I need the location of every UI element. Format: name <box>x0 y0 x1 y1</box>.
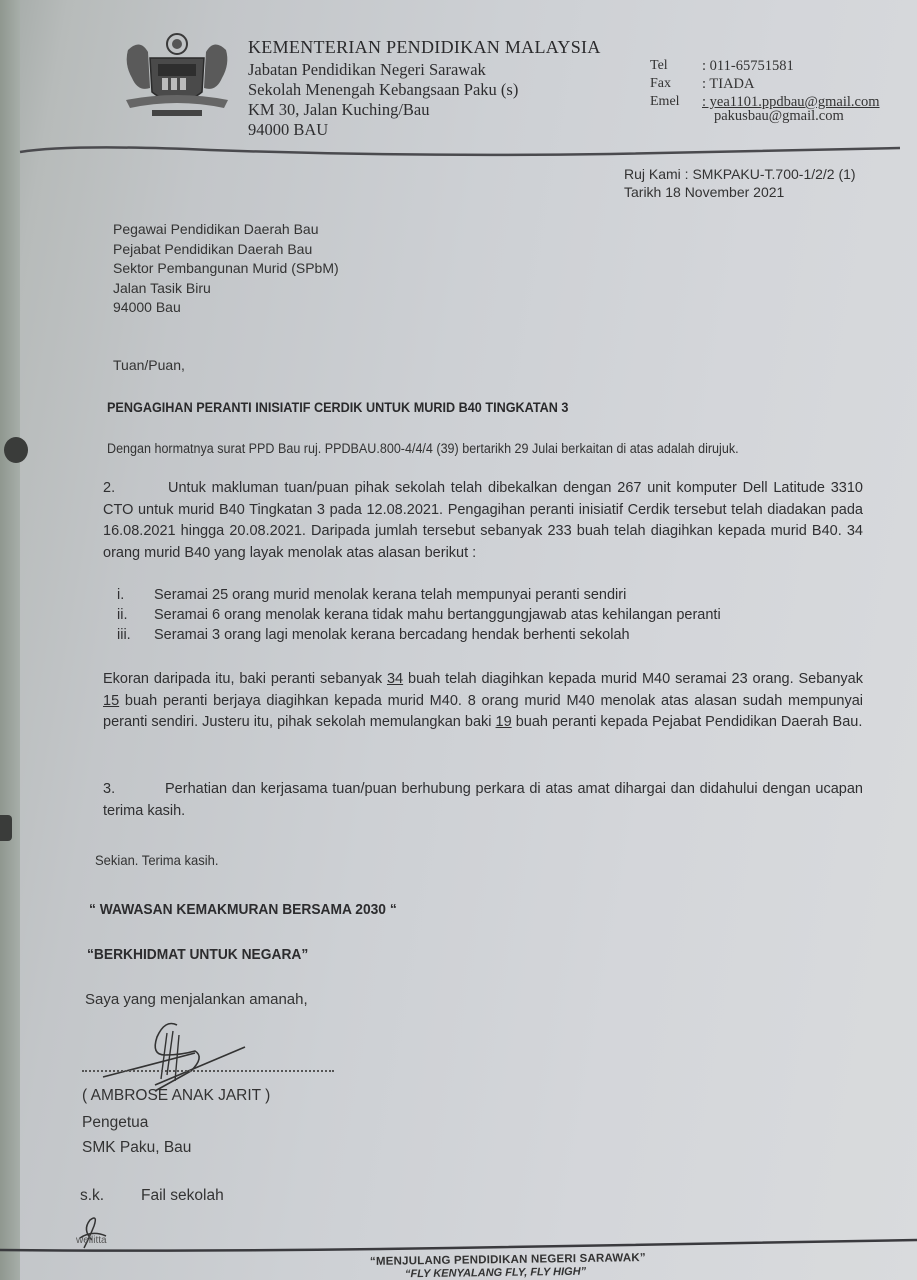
list-item: i. Seramai 25 orang murid menolak kerana… <box>117 585 721 605</box>
recipient-line: Sektor Pembangunan Murid (SPbM) <box>113 259 339 279</box>
coat-of-arms-icon <box>118 30 236 122</box>
paragraph-text: Perhatian dan kerjasama tuan/puan berhub… <box>103 781 863 819</box>
cc-value: Fail sekolah <box>141 1187 224 1205</box>
signatory-school: SMK Paku, Bau <box>82 1139 191 1157</box>
signature-line <box>82 1070 334 1072</box>
letterhead-address: KM 30, Jalan Kuching/Bau <box>248 100 429 120</box>
binder-hole <box>4 437 28 463</box>
email-label: Emel <box>650 94 702 111</box>
list-numeral: ii. <box>117 605 154 625</box>
reference-block: Ruj Kami : SMKPAKU-T.700-1/2/2 (1) Tarik… <box>624 165 856 201</box>
recipient-line: 94000 Bau <box>113 298 339 318</box>
cc-label: s.k. <box>80 1187 104 1205</box>
paragraph-number: 3. <box>103 779 165 801</box>
list-numeral: iii. <box>117 625 154 645</box>
page-left-edge <box>0 0 20 1280</box>
recipient-line: Jalan Tasik Biru <box>113 279 339 299</box>
letterhead-school: Sekolah Menengah Kebangsaan Paku (s) <box>248 80 518 100</box>
salutation: Tuan/Puan, <box>113 357 185 373</box>
tel-label: Tel <box>650 58 702 75</box>
footer-slogan: “FLY KENYALANG FLY, FLY HIGH” <box>405 1266 586 1280</box>
letterhead-ministry: KEMENTERIAN PENDIDIKAN MALAYSIA <box>248 37 601 58</box>
list-text: Seramai 3 orang lagi menolak kerana berc… <box>154 625 630 645</box>
contact-fax: Fax : TIADA <box>650 76 755 93</box>
paragraph-text: Untuk makluman tuan/puan pihak sekolah t… <box>103 480 863 561</box>
closing-phrase: Saya yang menjalankan amanah, <box>85 991 308 1008</box>
list-numeral: i. <box>117 585 154 605</box>
contact-tel: Tel : 011-65751581 <box>650 58 794 75</box>
intro-paragraph: Dengan hormatnya surat PPD Bau ruj. PPDB… <box>107 441 739 456</box>
sign-off: Sekian. Terima kasih. <box>95 852 219 868</box>
underlined-number: 15 <box>103 693 119 709</box>
recipient-line: Pejabat Pendidikan Daerah Bau <box>113 240 339 260</box>
recipient-line: Pegawai Pendidikan Daerah Bau <box>113 220 339 240</box>
letter-subject: PENGAGIHAN PERANTI INISIATIF CERDIK UNTU… <box>107 400 568 415</box>
tel-value: : 011-65751581 <box>702 58 794 75</box>
ekoran-text: buah peranti kepada Pejabat Pendidikan D… <box>512 714 863 730</box>
motto-wawasan: “ WAWASAN KEMAKMURAN BERSAMA 2030 “ <box>89 901 397 918</box>
footer-motto: “MENJULANG PENDIDIKAN NEGERI SARAWAK” <box>370 1252 646 1268</box>
signature-icon <box>95 1015 265 1095</box>
email-value-secondary: pakusbau@gmail.com <box>714 108 844 125</box>
letterhead-department: Jabatan Pendidikan Negeri Sarawak <box>248 60 486 80</box>
list-item: ii. Seramai 6 orang menolak kerana tidak… <box>117 605 721 625</box>
list-text: Seramai 25 orang murid menolak kerana te… <box>154 585 626 605</box>
reference-number: Ruj Kami : SMKPAKU-T.700-1/2/2 (1) <box>624 165 856 183</box>
list-text: Seramai 6 orang menolak kerana tidak mah… <box>154 605 721 625</box>
binder-hole <box>0 815 12 841</box>
ekoran-text: buah telah diagihkan kepada murid M40 se… <box>403 671 863 687</box>
signatory-name: ( AMBROSE ANAK JARIT ) <box>82 1087 270 1105</box>
underlined-number: 34 <box>387 671 403 687</box>
ekoran-text: Ekoran daripada itu, baki peranti sebany… <box>103 671 387 687</box>
fax-value: : TIADA <box>702 76 755 93</box>
underlined-number: 19 <box>496 714 512 730</box>
paragraph-3: 3.Perhatian dan kerjasama tuan/puan berh… <box>103 779 863 822</box>
recipient-address: Pegawai Pendidikan Daerah Bau Pejabat Pe… <box>113 220 339 318</box>
fax-label: Fax <box>650 76 702 93</box>
list-item: iii. Seramai 3 orang lagi menolak kerana… <box>117 625 721 645</box>
letterhead-postcode: 94000 BAU <box>248 120 328 140</box>
paragraph-2: 2.Untuk makluman tuan/puan pihak sekolah… <box>103 478 863 564</box>
letterhead-divider <box>10 140 902 160</box>
paragraph-number: 2. <box>103 478 168 500</box>
motto-berkhidmat: “BERKHIDMAT UNTUK NEGARA” <box>87 946 308 963</box>
ekoran-paragraph: Ekoran daripada itu, baki peranti sebany… <box>103 669 863 734</box>
letter-date: Tarikh 18 November 2021 <box>624 183 856 201</box>
reasons-list: i. Seramai 25 orang murid menolak kerana… <box>117 585 721 645</box>
signatory-position: Pengetua <box>82 1114 148 1132</box>
